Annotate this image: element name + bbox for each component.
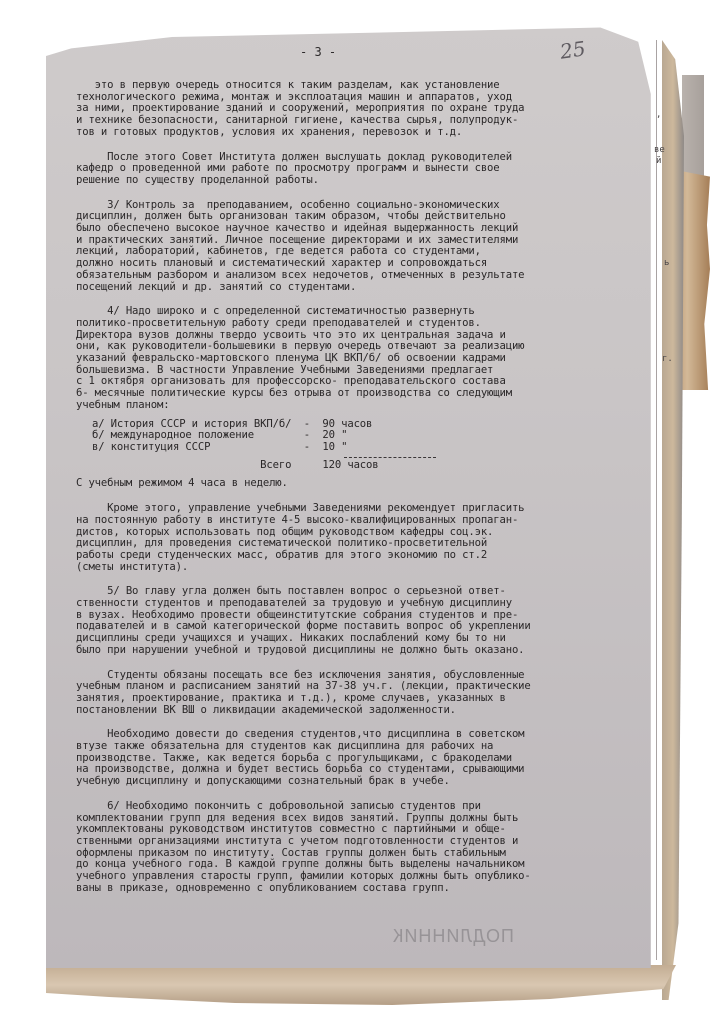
paragraph: После этого Совет Института должен выслу… bbox=[76, 152, 656, 187]
paragraph: Кроме этого, управление учебными Заведен… bbox=[76, 503, 656, 573]
margin-note: ь bbox=[664, 258, 669, 268]
paragraph-spacing bbox=[76, 657, 656, 670]
archive-folio-number: 25 bbox=[558, 36, 587, 63]
paragraph-spacing bbox=[76, 139, 656, 152]
text-line: ственности студентов и преподавателей за… bbox=[76, 598, 656, 610]
margin-note: й bbox=[656, 156, 661, 166]
paragraph-spacing bbox=[76, 187, 656, 200]
text-line: 6/ Необходимо покончить с добровольной з… bbox=[76, 801, 656, 813]
paragraph: 5/ Во главу угла должен быть поставлен в… bbox=[76, 586, 656, 656]
bleed-through-stamp: ПОДЛИННИК bbox=[392, 926, 514, 947]
paragraph: Студенты обязаны посещать все без исключ… bbox=[76, 670, 656, 717]
text-line: было обеспечено высокое научное качество… bbox=[76, 223, 656, 235]
text-line: решение по существу проделанной работы. bbox=[76, 175, 656, 187]
curriculum-total: Всего 120 часов bbox=[92, 460, 656, 472]
text-line: ваны в приказе, одновременно с опубликов… bbox=[76, 883, 656, 895]
paragraph-spacing bbox=[76, 788, 656, 801]
paragraph: 3/ Контроль за преподаванием, особенно с… bbox=[76, 200, 656, 294]
paragraph-spacing bbox=[76, 894, 656, 907]
text-line: указаний февральско-мартовского пленума … bbox=[76, 353, 656, 365]
study-regime: С учебным режимом 4 часа в неделю. bbox=[76, 478, 656, 490]
curriculum-item: в/ конституция СССР - 10 " bbox=[92, 442, 656, 454]
stacked-pages-bottom bbox=[46, 965, 676, 1005]
margin-note: г. bbox=[662, 354, 673, 364]
text-line: работы среди студенческих масс, обратив … bbox=[76, 550, 656, 562]
text-line: на постоянную работу в институте 4-5 выс… bbox=[76, 515, 656, 527]
text-line: втузе также обязательна для студентов ка… bbox=[76, 741, 656, 753]
curriculum-list: а/ История СССР и история ВКП/б/ - 90 ча… bbox=[92, 419, 656, 472]
paragraph: 6/ Необходимо покончить с добровольной з… bbox=[76, 801, 656, 895]
margin-note: , bbox=[656, 110, 661, 120]
text-line: тов и готовых продуктов, условия их хран… bbox=[76, 127, 656, 139]
text-line: ственными организациями института с учет… bbox=[76, 836, 656, 848]
text-line: посещений лекций и др. занятий со студен… bbox=[76, 282, 656, 294]
text-line: постановлении ВК ВШ о ликвидации академи… bbox=[76, 705, 656, 717]
text-line: было при нарушении учебной и трудовой ди… bbox=[76, 645, 656, 657]
total-rule bbox=[344, 457, 436, 458]
paragraph: это в первую очередь относится к таким р… bbox=[76, 80, 656, 139]
page-number: - 3 - bbox=[300, 45, 336, 59]
text-line: политико-просветительную работу среди пр… bbox=[76, 318, 656, 330]
text-line: учебным планом: bbox=[76, 400, 656, 412]
paragraph: 4/ Надо широко и с определенной системат… bbox=[76, 306, 656, 411]
document-body: это в первую очередь относится к таким р… bbox=[76, 80, 656, 907]
paragraph: Необходимо довести до сведения студентов… bbox=[76, 729, 656, 788]
text-line: занятия, проектирование, практика и т.д.… bbox=[76, 693, 656, 705]
text-line: учебную дисциплину и допускающими сознат… bbox=[76, 776, 656, 788]
text-line: (сметы института). bbox=[76, 562, 656, 574]
folder-edge bbox=[662, 40, 684, 1000]
text-line: это в первую очередь относится к таким р… bbox=[76, 80, 656, 92]
text-line: обязательным разбором и анализом всех не… bbox=[76, 270, 656, 282]
page-fold-line bbox=[656, 40, 657, 960]
